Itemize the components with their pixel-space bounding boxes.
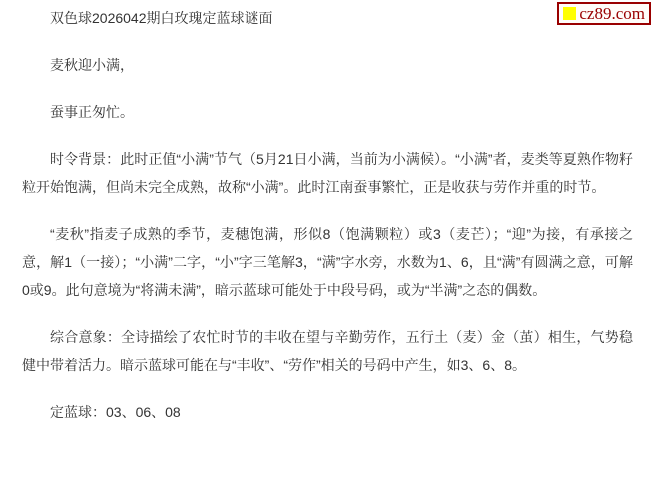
paragraph-character-analysis: “麦秋”指麦子成熟的季节，麦穗饱满，形似8（饱满颗粒）或3（麦芒）；“迎”为接，… [22,220,633,304]
article-title: 双色球2026042期白玫瑰定蓝球谜面 [22,4,633,32]
poem-line-2: 蚕事正匆忙。 [22,98,633,126]
logo-square-icon [563,7,576,20]
paragraph-seasonal-background: 时令背景：此时正值“小满”节气（5月21日小满，当前为小满候）。“小满”者，麦类… [22,145,633,201]
site-logo[interactable]: cz89.com [557,2,651,25]
article-body: 双色球2026042期白玫瑰定蓝球谜面 麦秋迎小满， 蚕事正匆忙。 时令背景：此… [0,4,653,426]
logo-text: cz89.com [579,5,645,22]
poem-line-1: 麦秋迎小满， [22,51,633,79]
page: cz89.com 双色球2026042期白玫瑰定蓝球谜面 麦秋迎小满， 蚕事正匆… [0,0,653,498]
paragraph-overall-imagery: 综合意象：全诗描绘了农忙时节的丰收在望与辛勤劳作，五行土（麦）金（茧）相生，气势… [22,323,633,379]
blue-ball-prediction: 定蓝球：03、06、08 [22,398,633,426]
